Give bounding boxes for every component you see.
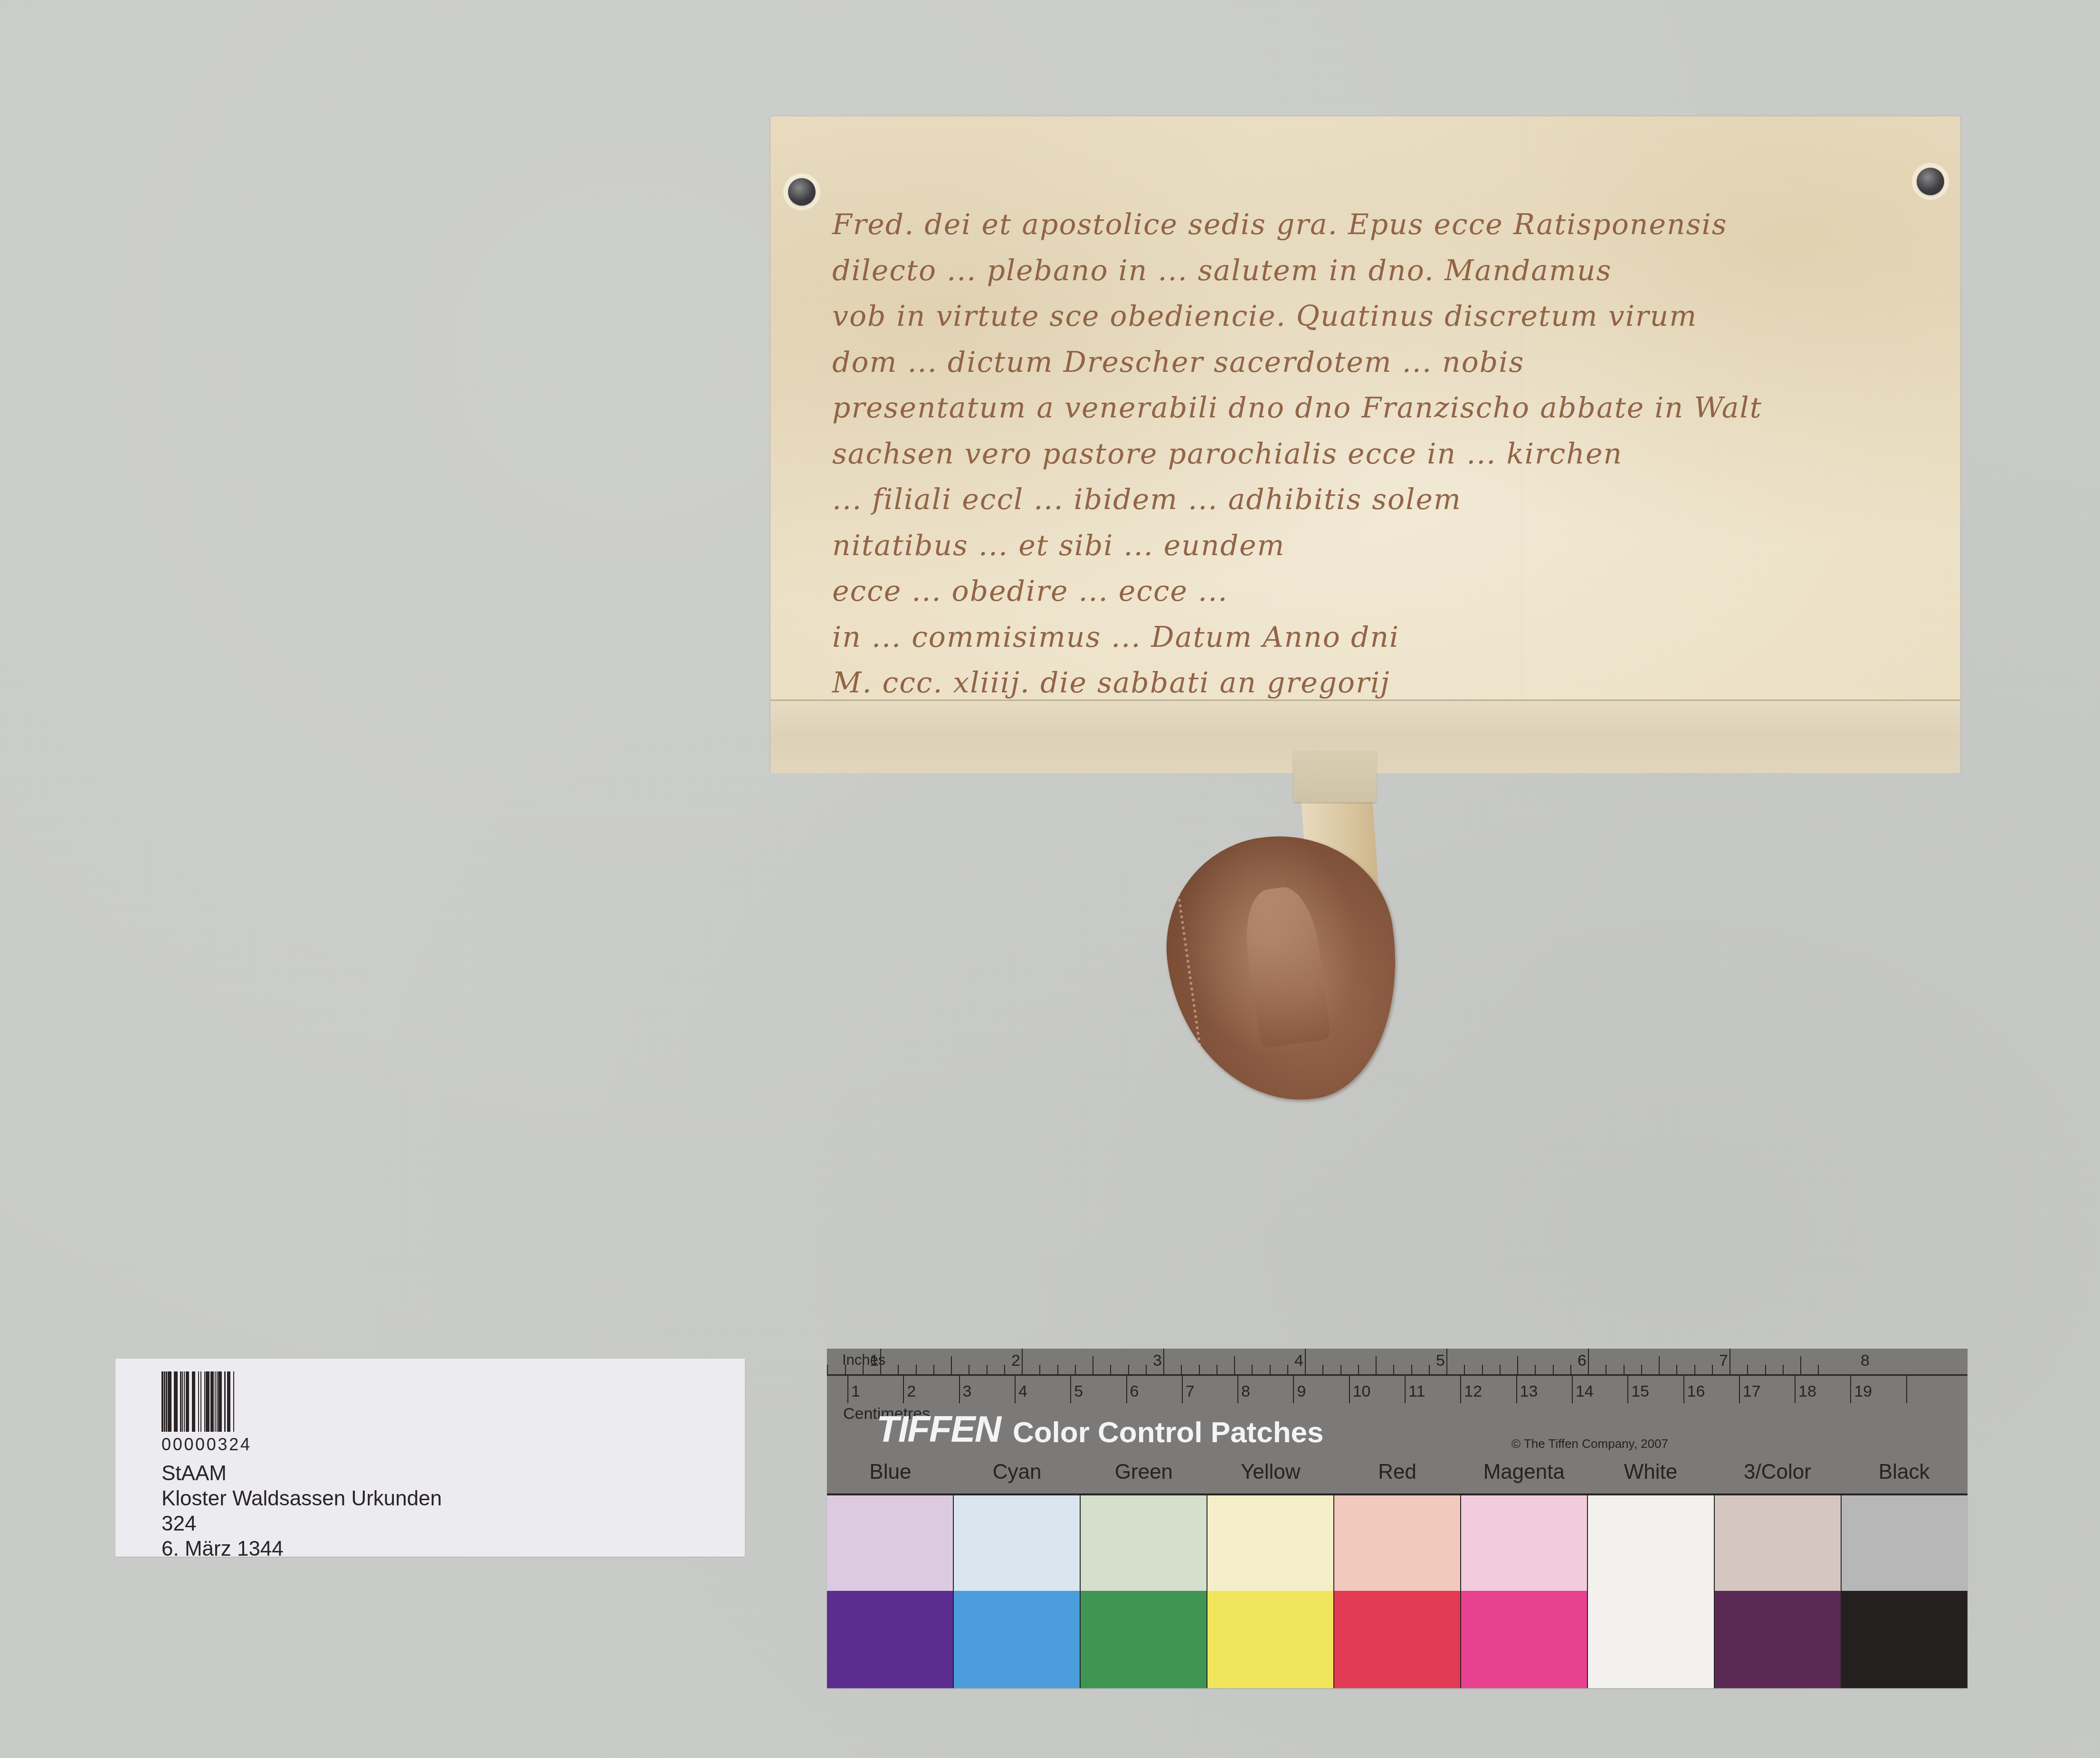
- ruler-tick: [1683, 1376, 1684, 1403]
- color-patch-saturated: [1081, 1591, 1207, 1688]
- inch-number: 4: [1294, 1352, 1303, 1370]
- ruler-tick: [1516, 1376, 1517, 1403]
- cm-number: 3: [963, 1382, 972, 1401]
- ruler-tick: [1199, 1365, 1200, 1374]
- barcode-digit: 0: [173, 1435, 182, 1455]
- pin-right-icon: [1917, 168, 1944, 195]
- ruler-tick: [1500, 1365, 1501, 1374]
- ruler-tick: [1517, 1356, 1518, 1374]
- ruler-tick: [1818, 1365, 1819, 1374]
- ruler-tick: [1606, 1365, 1606, 1374]
- ruler-tick: [1322, 1365, 1323, 1374]
- ruler-tick: [827, 1365, 828, 1374]
- ruler-tick: [1237, 1376, 1238, 1403]
- color-patch-light: [827, 1495, 954, 1593]
- ruler-tick: [1765, 1365, 1766, 1374]
- ruler-tick: [863, 1365, 864, 1374]
- color-patch-saturated: [1715, 1591, 1842, 1688]
- ruler-tick: [1075, 1365, 1076, 1374]
- copyright-text: © The Tiffen Company, 2007: [1511, 1437, 1668, 1451]
- ruler-tick: [1729, 1349, 1730, 1374]
- ruler-tick: [1393, 1365, 1394, 1374]
- ruler-tick: [951, 1356, 952, 1374]
- text-line: Fred. dei et apostolice sedis gra. Epus …: [832, 202, 1868, 248]
- inch-number: 7: [1719, 1352, 1728, 1370]
- patch-row-saturated: [827, 1591, 1967, 1688]
- ruler-tick: [1405, 1376, 1406, 1403]
- label-date: 6. März 1344: [162, 1536, 442, 1561]
- ruler-tick: [1349, 1376, 1350, 1403]
- cm-number: 11: [1408, 1382, 1425, 1401]
- label-number: 324: [162, 1511, 442, 1536]
- card-title: Color Control Patches: [1013, 1418, 1324, 1447]
- ruler-tick: [1627, 1376, 1628, 1403]
- cm-number: 2: [907, 1382, 916, 1401]
- patch-name: Yellow: [1207, 1460, 1334, 1484]
- parchment-charter: Fred. dei et apostolice sedis gra. Epus …: [770, 116, 1960, 772]
- text-line: vob in virtute sce obediencie. Quatinus …: [832, 293, 1868, 340]
- cm-number: 14: [1576, 1382, 1594, 1401]
- patch-name: White: [1587, 1460, 1714, 1484]
- barcode-bar: [233, 1371, 235, 1432]
- archive-label-card: 0 0 0 0 0 3 2 4 StAAM Kloster Waldsassen…: [115, 1359, 745, 1557]
- ruler-tick: [1110, 1365, 1111, 1374]
- ruler-tick: [1460, 1376, 1461, 1403]
- cm-number: 15: [1631, 1382, 1649, 1401]
- tiffen-logo: TIFFEN: [876, 1410, 1000, 1447]
- label-text: StAAM Kloster Waldsassen Urkunden 324 6.…: [162, 1461, 442, 1561]
- cm-number: 5: [1074, 1382, 1083, 1401]
- ruler-tick: [1800, 1356, 1801, 1374]
- color-patch-saturated: [954, 1591, 1081, 1688]
- color-patch-light: [1207, 1495, 1334, 1593]
- pin-left-icon: [788, 178, 816, 206]
- barcode-bar: [168, 1371, 171, 1432]
- cm-number: 13: [1520, 1382, 1538, 1401]
- inch-number: 2: [1011, 1352, 1020, 1370]
- color-patch-saturated: [1588, 1591, 1715, 1688]
- ruler-tick: [847, 1376, 848, 1403]
- text-line: ... filiali eccl ... ibidem ... adhibiti…: [832, 477, 1868, 523]
- barcode-bar: [227, 1371, 231, 1432]
- ruler-tick: [1305, 1349, 1306, 1374]
- barcode-icon: [162, 1371, 234, 1432]
- ruler-tick: [1252, 1365, 1253, 1374]
- ruler-tick: [1163, 1349, 1164, 1374]
- ruler-tick: [1216, 1365, 1217, 1374]
- barcode-digit: 2: [229, 1435, 238, 1455]
- text-line: dom ... dictum Drescher sacerdotem ... n…: [832, 340, 1868, 386]
- patch-names: Blue Cyan Green Yellow Red Magenta White…: [827, 1460, 1967, 1484]
- ruler-tick: [1358, 1365, 1359, 1374]
- ruler-tick: [1553, 1365, 1554, 1374]
- color-control-card: Inches 12345678 123456789101112131415161…: [827, 1349, 1967, 1688]
- ruler-tick: [1906, 1376, 1907, 1403]
- patch-name: Cyan: [954, 1460, 1081, 1484]
- ruler-tick: [1624, 1365, 1625, 1374]
- handwritten-text: Fred. dei et apostolice sedis gra. Epus …: [832, 202, 1868, 706]
- inches-label: Inches: [842, 1352, 885, 1369]
- brand-block: TIFFEN Color Control Patches: [876, 1410, 1323, 1447]
- ruler-tick: [1411, 1365, 1412, 1374]
- ruler-tick: [969, 1365, 969, 1374]
- ruler-tick: [933, 1365, 934, 1374]
- ruler-tick: [898, 1365, 899, 1374]
- cm-number: 12: [1464, 1382, 1482, 1401]
- ruler-tick: [1783, 1365, 1784, 1374]
- barcode-digit: 0: [207, 1435, 216, 1455]
- barcode-digits: 0 0 0 0 0 3 2 4: [162, 1435, 250, 1455]
- patch-name: 3/Color: [1714, 1460, 1841, 1484]
- ruler-tick: [1234, 1356, 1235, 1374]
- ruler-tick: [1446, 1349, 1447, 1374]
- color-patch-saturated: [1461, 1591, 1588, 1688]
- barcode-bar: [192, 1371, 196, 1432]
- text-line: ecce ... obedire ... ecce ...: [832, 568, 1868, 614]
- ruler-tick: [1293, 1376, 1294, 1403]
- ruler-tick: [959, 1376, 960, 1403]
- patch-name: Blue: [827, 1460, 954, 1484]
- cm-ruler: 12345678910111213141516171819: [827, 1376, 1967, 1404]
- patch-row-light: [827, 1493, 1967, 1593]
- ruler-tick: [1126, 1376, 1127, 1403]
- color-patch-saturated: [1842, 1591, 1967, 1688]
- barcode-digit: 3: [218, 1435, 228, 1455]
- color-patch-light: [1588, 1495, 1715, 1593]
- ruler-tick: [1641, 1365, 1642, 1374]
- ruler-tick: [1340, 1365, 1341, 1374]
- barcode-digit: 0: [162, 1435, 171, 1455]
- cm-number: 16: [1687, 1382, 1705, 1401]
- barcode-bar: [210, 1371, 214, 1432]
- cm-number: 4: [1018, 1382, 1027, 1401]
- ruler-tick: [1572, 1376, 1573, 1403]
- ruler-tick: [1676, 1365, 1677, 1374]
- ruler-tick: [1022, 1349, 1023, 1374]
- seal-figure-icon: [1239, 884, 1331, 1049]
- ruler-tick: [987, 1365, 988, 1374]
- ruler-tick: [1659, 1356, 1660, 1374]
- ruler-tick: [916, 1365, 917, 1374]
- ruler-tick: [1270, 1365, 1271, 1374]
- ruler-tick: [1747, 1365, 1748, 1374]
- ruler-tick: [1588, 1349, 1589, 1374]
- seal-tag-loop: [1293, 750, 1377, 803]
- color-patch-light: [1334, 1495, 1461, 1593]
- color-patch-light: [1715, 1495, 1842, 1593]
- cm-number: 17: [1743, 1382, 1761, 1401]
- ruler-tick: [1376, 1356, 1377, 1374]
- text-line: dilecto ... plebano in ... salutem in dn…: [832, 248, 1868, 294]
- barcode-bar: [206, 1371, 209, 1432]
- cm-number: 6: [1130, 1382, 1139, 1401]
- ruler-tick: [1146, 1365, 1147, 1374]
- patch-name: Black: [1841, 1460, 1967, 1484]
- ruler-tick: [1057, 1365, 1058, 1374]
- inch-number: 6: [1577, 1352, 1587, 1370]
- ruler-tick: [1181, 1365, 1182, 1374]
- color-patch-saturated: [1207, 1591, 1334, 1688]
- cm-number: 7: [1186, 1382, 1195, 1401]
- ruler-tick: [1850, 1376, 1851, 1403]
- patch-name: Magenta: [1461, 1460, 1587, 1484]
- color-patch-light: [954, 1495, 1081, 1593]
- ruler-tick: [1535, 1365, 1536, 1374]
- ruler-tick: [1128, 1365, 1129, 1374]
- ruler-tick: [880, 1349, 881, 1374]
- patch-name: Red: [1334, 1460, 1461, 1484]
- color-patch-saturated: [1334, 1591, 1461, 1688]
- ruler-tick: [1694, 1365, 1695, 1374]
- ruler-tick: [1015, 1376, 1016, 1403]
- barcode-digit: 4: [240, 1435, 250, 1455]
- barcode-bar: [186, 1371, 190, 1432]
- ruler-tick: [1482, 1365, 1483, 1374]
- color-patch-light: [1842, 1495, 1967, 1593]
- inch-number: 1: [870, 1352, 879, 1370]
- ruler-tick: [1070, 1376, 1071, 1403]
- ruler-tick: [1712, 1365, 1713, 1374]
- barcode-bar: [174, 1371, 178, 1432]
- barcode-digit: 0: [184, 1435, 193, 1455]
- cm-number: 19: [1854, 1382, 1872, 1401]
- text-line: nitatibus ... et sibi ... eundem: [832, 523, 1868, 569]
- ruler-tick: [1464, 1365, 1465, 1374]
- inch-number: 8: [1861, 1352, 1870, 1370]
- ruler-tick: [1795, 1376, 1796, 1403]
- ruler-tick: [1004, 1365, 1005, 1374]
- ruler-tick: [1570, 1365, 1571, 1374]
- ruler-tick: [903, 1376, 904, 1403]
- color-patch-light: [1461, 1495, 1588, 1593]
- label-collection: Kloster Waldsassen Urkunden: [162, 1486, 442, 1511]
- inch-number: 5: [1436, 1352, 1445, 1370]
- ruler-tick: [1182, 1376, 1183, 1403]
- cm-number: 18: [1798, 1382, 1816, 1401]
- barcode-bar: [218, 1371, 222, 1432]
- ruler-tick: [1039, 1365, 1040, 1374]
- ruler-tick: [1287, 1365, 1288, 1374]
- cm-number: 8: [1241, 1382, 1250, 1401]
- ruler-tick: [1429, 1365, 1430, 1374]
- text-line: in ... commisimus ... Datum Anno dni: [832, 614, 1868, 661]
- ruler-tick: [845, 1365, 846, 1374]
- label-archive: StAAM: [162, 1461, 442, 1486]
- text-line: sachsen vero pastore parochialis ecce in…: [832, 431, 1868, 477]
- inch-number: 3: [1153, 1352, 1162, 1370]
- cm-number: 1: [851, 1382, 860, 1401]
- cm-number: 10: [1353, 1382, 1371, 1401]
- color-patch-saturated: [827, 1591, 954, 1688]
- barcode-digit: 0: [195, 1435, 205, 1455]
- text-line: presentatum a venerabili dno dno Franzis…: [832, 385, 1868, 431]
- patch-name: Green: [1081, 1460, 1207, 1484]
- inch-ruler: Inches 12345678: [827, 1349, 1967, 1376]
- ruler-tick: [1093, 1356, 1093, 1374]
- ruler-tick: [1739, 1376, 1740, 1403]
- color-patch-light: [1081, 1495, 1207, 1593]
- cm-number: 9: [1297, 1382, 1306, 1401]
